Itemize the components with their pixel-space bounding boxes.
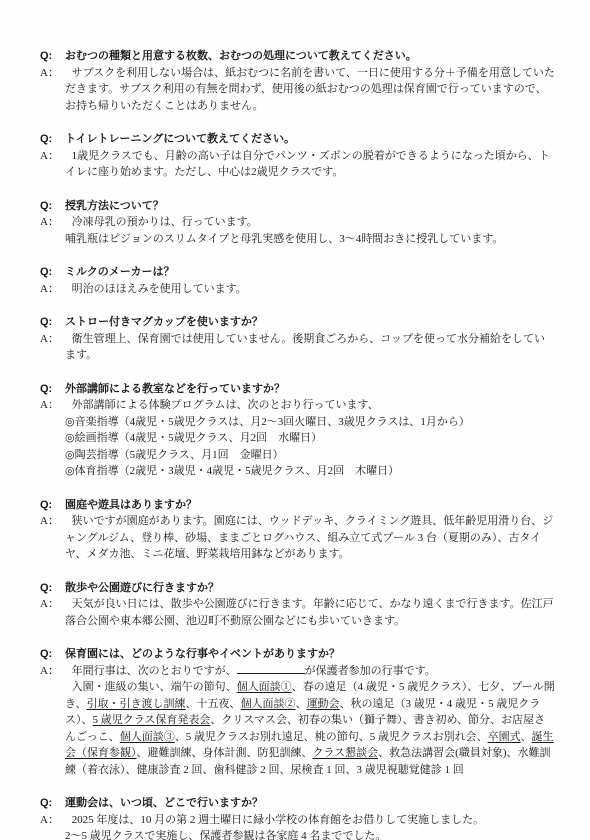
qa-block-sports-day: Q: 運動会は、いつ頃、どこで行いますか？ A： 2025 年度は、10 月の第… <box>40 795 556 840</box>
text-segment: 、 <box>521 731 532 743</box>
answer-label: A： <box>40 663 65 779</box>
qa-block-playground: Q: 園庭や遊具はありますか？ A： 狭いですが園庭があります。園庭には、ウッド… <box>40 497 556 563</box>
answer-text: 年間行事は、次のとおりですが、が保護者参加の行事です。 入園・進級の集い、端午の… <box>65 663 556 779</box>
text-segment: 、避難訓練、身体計測、防犯訓練、 <box>137 747 313 759</box>
events-intro: 年間行事は、次のとおりですが、が保護者参加の行事です。 <box>65 663 556 680</box>
answer-line: A： 1歳児クラスでも、月齢の高い子は自分でパンツ・ズボンの脱着ができるようにな… <box>40 148 556 181</box>
answer-line: A： 外部講師による体験プログラムは、次のとおり行っています、 ◎音楽指導（4歳… <box>40 397 556 480</box>
answer-text: 外部講師による体験プログラムは、次のとおり行っています、 ◎音楽指導（4歳児・5… <box>65 397 556 480</box>
program-item-gym: ◎体育指導（2歳児・3歳児・4歳児・5歳児クラス、月2回 木曜日） <box>65 463 556 480</box>
question-label: Q: <box>40 646 65 663</box>
underlined-text-segment: 個人面談② <box>241 698 296 710</box>
answer-line: A： 2025 年度は、10 月の第 2 週土曜日に緑小学校の体育館をお借りして… <box>40 812 556 840</box>
question-text: 外部講師による教室などを行っていますか？ <box>65 381 556 398</box>
answer-text: 狭いですが園庭があります。園庭には、ウッドデッキ、クライミング遊具、低年齢児用滑… <box>65 513 556 563</box>
question-label: Q: <box>40 198 65 215</box>
answer-line: A： 冷凍母乳の預かりは、行っています。 哺乳瓶はピジョンのスリムタイプと母乳実… <box>40 214 556 247</box>
question-text: おむつの種類と用意する枚数、おむつの処理について教えてください。 <box>65 48 556 65</box>
answer-text: 2025 年度は、10 月の第 2 週土曜日に緑小学校の体育館をお借りして実施し… <box>65 812 556 840</box>
qa-block-events: Q: 保育園には、どのような行事やイベントがありますか？ A： 年間行事は、次の… <box>40 646 556 778</box>
question-text: トイレトレーニングについて教えてください。 <box>65 131 556 148</box>
answer-paragraph: 冷凍母乳の預かりは、行っています。 <box>65 214 556 231</box>
question-label: Q: <box>40 381 65 398</box>
answer-line: A： サブスクを利用しない場合は、紙おむつに名前を書いて、一日に使用する分＋予備… <box>40 65 556 115</box>
question-text: ミルクのメーカーは？ <box>65 264 556 281</box>
answer-label: A： <box>40 812 65 840</box>
answer-paragraph: 衛生管理上、保育園では使用していません。後期食ごろから、コップを使って水分補給を… <box>65 331 556 364</box>
answer-paragraph: 明治のほほえみを使用しています。 <box>65 281 556 298</box>
answer-line: A： 明治のほほえみを使用しています。 <box>40 281 556 298</box>
document-page: Q: おむつの種類と用意する枚数、おむつの処理について教えてください。 A： サ… <box>0 0 590 840</box>
answer-text: サブスクを利用しない場合は、紙おむつに名前を書いて、一日に使用する分＋予備を用意… <box>65 65 556 115</box>
question-label: Q: <box>40 580 65 597</box>
answer-paragraph: 狭いですが園庭があります。園庭には、ウッドデッキ、クライミング遊具、低年齢児用滑… <box>65 513 556 563</box>
qa-block-external-instructors: Q: 外部講師による教室などを行っていますか？ A： 外部講師による体験プログラ… <box>40 381 556 480</box>
answer-text: 1歳児クラスでも、月齢の高い子は自分でパンツ・ズボンの脱着ができるようになった頃… <box>65 148 556 181</box>
question-label: Q: <box>40 264 65 281</box>
question-text: ストロー付きマグカップを使いますか？ <box>65 314 556 331</box>
text-segment: 年間行事は、次のとおりですが、 <box>72 665 237 677</box>
question-label: Q: <box>40 314 65 331</box>
answer-text: 天気が良い日には、散歩や公園遊びに行きます。年齢に応じて、かなり遠くまで行きます… <box>65 596 556 629</box>
qa-block-feeding: Q: 授乳方法について？ A： 冷凍母乳の預かりは、行っています。 哺乳瓶はピジ… <box>40 198 556 248</box>
question-label: Q: <box>40 795 65 812</box>
underlined-text-segment: 個人面談① <box>237 681 292 693</box>
text-segment: 、 <box>296 698 307 710</box>
question-line: Q: ストロー付きマグカップを使いますか？ <box>40 314 556 331</box>
qa-block-milk-brand: Q: ミルクのメーカーは？ A： 明治のほほえみを使用しています。 <box>40 264 556 297</box>
blank-underline <box>237 663 305 673</box>
answer-line: A： 衛生管理上、保育園では使用していません。後期食ごろから、コップを使って水分… <box>40 331 556 364</box>
answer-paragraph: サブスクを利用しない場合は、紙おむつに名前を書いて、一日に使用する分＋予備を用意… <box>65 65 556 115</box>
answer-paragraph: 2025 年度は、10 月の第 2 週土曜日に緑小学校の体育館をお借りして実施し… <box>65 812 556 829</box>
qa-block-diapers: Q: おむつの種類と用意する枚数、おむつの処理について教えてください。 A： サ… <box>40 48 556 114</box>
program-item-drawing: ◎絵画指導（4歳児・5歳児クラス、月2回 水曜日） <box>65 430 556 447</box>
question-line: Q: 外部講師による教室などを行っていますか？ <box>40 381 556 398</box>
answer-paragraph: 2～5 歳児クラスで実施し、保護者参観は各家庭 4 名まででした。 <box>65 828 556 840</box>
answer-line: A： 天気が良い日には、散歩や公園遊びに行きます。年齢に応じて、かなり遠くまで行… <box>40 596 556 629</box>
text-segment: 、5 歳児クラスお別れ遠足、桃の節句、5 歳児クラスお別れ会、 <box>175 731 488 743</box>
answer-label: A： <box>40 331 65 364</box>
answer-label: A： <box>40 214 65 247</box>
answer-text: 冷凍母乳の預かりは、行っています。 哺乳瓶はピジョンのスリムタイプと母乳実感を使… <box>65 214 556 247</box>
question-text: 授乳方法について？ <box>65 198 556 215</box>
answer-label: A： <box>40 148 65 181</box>
question-line: Q: 授乳方法について？ <box>40 198 556 215</box>
text-segment: が保護者参加の行事です。 <box>305 665 436 677</box>
answer-paragraph: 哺乳瓶はピジョンのスリムタイプと母乳実感を使用し、3～4時間おきに授乳しています… <box>65 231 556 248</box>
question-label: Q: <box>40 48 65 65</box>
program-item-pottery: ◎陶芸指導（5歳児クラス、月1回 金曜日） <box>65 447 556 464</box>
question-line: Q: おむつの種類と用意する枚数、おむつの処理について教えてください。 <box>40 48 556 65</box>
text-segment: 、十五夜、 <box>186 698 241 710</box>
text-segment: 入園・進級の集い、端午の節句、 <box>72 681 237 693</box>
answer-text: 衛生管理上、保育園では使用していません。後期食ごろから、コップを使って水分補給を… <box>65 331 556 364</box>
underlined-text-segment: クラス懇談会 <box>313 747 379 759</box>
question-text: 園庭や遊具はありますか？ <box>65 497 556 514</box>
question-text: 保育園には、どのような行事やイベントがありますか？ <box>65 646 556 663</box>
events-list: 入園・進級の集い、端午の節句、個人面談①、春の遠足（4 歳児・5 歳児クラス）、… <box>65 679 556 778</box>
question-line: Q: 散歩や公園遊びに行きますか？ <box>40 580 556 597</box>
question-text: 運動会は、いつ頃、どこで行いますか？ <box>65 795 556 812</box>
question-text: 散歩や公園遊びに行きますか？ <box>65 580 556 597</box>
underlined-text-segment: 個人面談③ <box>120 731 175 743</box>
question-line: Q: 運動会は、いつ頃、どこで行いますか？ <box>40 795 556 812</box>
question-line: Q: 園庭や遊具はありますか？ <box>40 497 556 514</box>
answer-paragraph: 天気が良い日には、散歩や公園遊びに行きます。年齢に応じて、かなり遠くまで行きます… <box>65 596 556 629</box>
question-label: Q: <box>40 497 65 514</box>
answer-label: A： <box>40 65 65 115</box>
answer-paragraph: 外部講師による体験プログラムは、次のとおり行っています、 <box>65 397 556 414</box>
underlined-text-segment: 引取・引き渡し訓練 <box>87 698 186 710</box>
answer-label: A： <box>40 281 65 298</box>
underlined-text-segment: 卒園式 <box>488 731 521 743</box>
question-line: Q: トイレトレーニングについて教えてください。 <box>40 131 556 148</box>
question-line: Q: 保育園には、どのような行事やイベントがありますか？ <box>40 646 556 663</box>
answer-line: A： 狭いですが園庭があります。園庭には、ウッドデッキ、クライミング遊具、低年齢… <box>40 513 556 563</box>
underlined-text-segment: 5 歳児クラス保育発表会 <box>93 714 211 726</box>
program-item-music: ◎音楽指導（4歳児・5歳児クラスは、月2～3回火曜日、3歳児クラスは、1月から） <box>65 414 556 431</box>
qa-block-walks: Q: 散歩や公園遊びに行きますか？ A： 天気が良い日には、散歩や公園遊びに行き… <box>40 580 556 630</box>
answer-paragraph: 1歳児クラスでも、月齢の高い子は自分でパンツ・ズボンの脱着ができるようになった頃… <box>65 148 556 181</box>
answer-label: A： <box>40 513 65 563</box>
question-label: Q: <box>40 131 65 148</box>
question-line: Q: ミルクのメーカーは？ <box>40 264 556 281</box>
answer-label: A： <box>40 596 65 629</box>
qa-block-toilet-training: Q: トイレトレーニングについて教えてください。 A： 1歳児クラスでも、月齢の… <box>40 131 556 181</box>
answer-text: 明治のほほえみを使用しています。 <box>65 281 556 298</box>
qa-block-straw-mug: Q: ストロー付きマグカップを使いますか？ A： 衛生管理上、保育園では使用して… <box>40 314 556 364</box>
answer-line: A： 年間行事は、次のとおりですが、が保護者参加の行事です。 入園・進級の集い、… <box>40 663 556 779</box>
answer-label: A： <box>40 397 65 480</box>
underlined-text-segment: 運動会 <box>307 698 340 710</box>
